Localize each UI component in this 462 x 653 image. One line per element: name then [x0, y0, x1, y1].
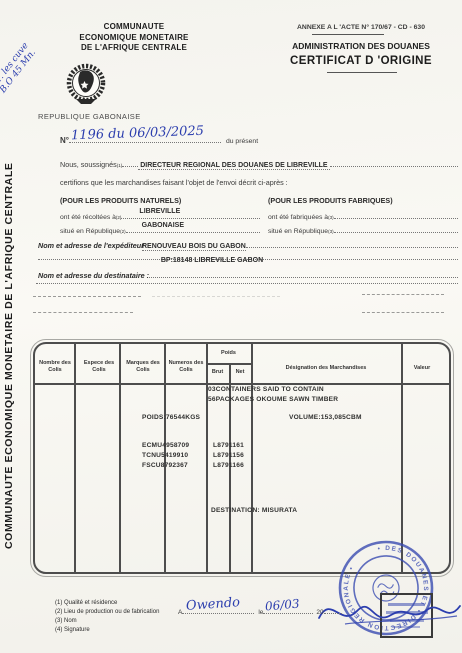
total-volume: VOLUME:153,085CBM: [289, 414, 362, 421]
recoltees-row: ont été récoltées à (2) LIBREVILLE: [60, 210, 260, 221]
col-header-nombre: Nombre des Colis: [38, 360, 72, 374]
cargo-line1: 03CONTAINERS SAID TO CONTAIN: [208, 386, 324, 393]
republique-left-label: situé en République: [60, 228, 120, 235]
header-separator: [35, 383, 449, 385]
doc-title-underline: [327, 72, 397, 73]
footnote-1: (1) Qualité et résidence: [55, 599, 159, 608]
numero-label: N°: [60, 136, 69, 145]
year-prefix: 20: [316, 609, 323, 616]
dashed-segment-2: [152, 292, 280, 297]
handwritten-date: 06/03: [265, 597, 301, 614]
col-line-2: [119, 344, 121, 572]
annexe-ref: ANNEXE A L 'ACTE N° 170/67 - CD - 630: [262, 24, 460, 31]
republique-right-row: situé en République (3): [268, 224, 458, 235]
republique-right-dots: [334, 224, 458, 233]
recoltees-value: LIBREVILLE: [139, 208, 180, 215]
seal-number: L8791156: [213, 452, 244, 459]
org-name-line1: COMMUNAUTE: [56, 22, 212, 33]
republique-left-row: situé en République (2) GABONAISE: [60, 224, 260, 235]
col-header-net: Net: [229, 369, 251, 376]
numero-dots: 1196 du 06/03/2025: [69, 133, 221, 143]
seal-number: L8791161: [213, 442, 244, 449]
col-header-numeros: Numeros des Colis: [168, 360, 204, 374]
footnote-3: (3) Nom: [55, 617, 159, 626]
recoltees-label: ont été récoltées à: [60, 214, 116, 221]
year-dots: [324, 602, 342, 614]
handwritten-numero: 1196 du 06/03/2025: [71, 124, 204, 144]
dashed-segment-3: [362, 290, 444, 295]
destinataire-line2: [36, 278, 458, 284]
poids-sub-line: [206, 363, 251, 365]
numero-suffix: du présent: [226, 138, 258, 145]
expediteur-address: BP:18148 LIBREVILLE GABON: [161, 257, 263, 264]
soussignes-leading-dots: [122, 158, 138, 167]
col-header-valeur: Valeur: [401, 365, 443, 372]
container-number: FSCU8792367: [142, 462, 189, 469]
republique-left-value: GABONAISE: [142, 222, 184, 229]
fabriquees-dots: [334, 210, 458, 219]
org-name-line3: DE L'AFRIQUE CENTRALE: [56, 43, 212, 54]
dashed-segment-4: [33, 308, 133, 313]
soussignes-trailing-dots: [330, 158, 458, 167]
numero-row: N° 1196 du 06/03/2025 du présent: [60, 133, 320, 145]
total-weight: POIDS:76544KGS: [142, 414, 200, 421]
footnote-2: (2) Lieu de production ou de fabrication: [55, 608, 159, 617]
republique-left-dots: GABONAISE: [126, 224, 260, 233]
org-name-block: COMMUNAUTE ECONOMIQUE MONETAIRE DE L'AFR…: [56, 22, 212, 54]
soussignes-row: Nous, soussignés (1) DIRECTEUR REGIONAL …: [60, 158, 458, 170]
doc-title: CERTIFICAT D 'ORIGINE: [262, 55, 460, 67]
destination: DESTINATION: MISURATA: [211, 507, 297, 514]
dashed-segment-5: [362, 308, 444, 313]
col-header-poids: Poids: [206, 350, 251, 357]
fabriques-header: (POUR LES PRODUITS FABRIQUES): [268, 196, 393, 205]
soussignes-value: DIRECTEUR REGIONAL DES DOUANES DE LIBREV…: [138, 162, 329, 170]
seal-numbers: L8791161 L8791156 L8791166: [213, 442, 244, 469]
republic-label: REPUBLIQUE GABONAISE: [38, 112, 141, 121]
footnote-4: (4) Signature: [55, 626, 159, 635]
certificate-document: P. les cuve B.O 45 Mn. COMMUNAUTE ECONOM…: [0, 0, 462, 653]
place-dots: Owendo: [182, 602, 254, 614]
col-line-5: [251, 344, 253, 572]
republique-right-label: situé en République: [268, 228, 328, 235]
expediteur-dots: [246, 239, 458, 248]
seal-number: L8791166: [213, 462, 244, 469]
col-line-1: [74, 344, 76, 572]
footnotes: (1) Qualité et résidence (2) Lieu de pro…: [55, 599, 159, 635]
cemac-logo: [64, 62, 108, 110]
col-header-espece: Espece des Colis: [82, 360, 116, 374]
org-name-line2: ECONOMIQUE MONETAIRE: [56, 33, 212, 44]
container-number: TCNU5419910: [142, 452, 189, 459]
col-header-designation: Désignation des Marchandises: [251, 365, 401, 372]
date-dots: 06/03: [263, 602, 313, 614]
container-number: ECMU4958709: [142, 442, 189, 449]
naturels-header: (POUR LES PRODUITS NATURELS): [60, 196, 181, 205]
col-header-marques: Marques des Colis: [126, 360, 160, 374]
expediteur-address-row: BP:18148 LIBREVILLE GABON: [38, 249, 458, 260]
recoltees-dots: LIBREVILLE: [121, 210, 260, 219]
col-header-brut: Brut: [206, 369, 229, 376]
handwritten-margin-note: P. les cuve B.O 45 Mn.: [0, 41, 39, 90]
cargo-line2: 56PACKAGES OKOUME SAWN TIMBER: [208, 396, 338, 403]
fabriquees-row: ont été fabriquées à (3): [268, 210, 458, 221]
soussignes-label: Nous, soussignés: [60, 160, 117, 169]
certify-line: certifions que les marchandises faisant …: [60, 178, 288, 187]
destinataire-dots: [149, 269, 458, 278]
col-line-4: [206, 344, 208, 572]
container-numbers: ECMU4958709 TCNU5419910 FSCU8792367: [142, 442, 189, 469]
handwritten-place: Owendo: [186, 595, 241, 614]
place-date-row: A Owendo le 06/03 20: [178, 602, 363, 616]
vertical-org-text: COMMUNAUTE ECONOMIQUE MONETAIRE DE L'AFR…: [3, 118, 15, 594]
annexe-underline: [312, 34, 384, 35]
fabriquees-label: ont été fabriquées à: [268, 214, 328, 221]
dashed-segment-1: [33, 292, 141, 297]
admin-label: ADMINISTRATION DES DOUANES: [262, 41, 460, 51]
